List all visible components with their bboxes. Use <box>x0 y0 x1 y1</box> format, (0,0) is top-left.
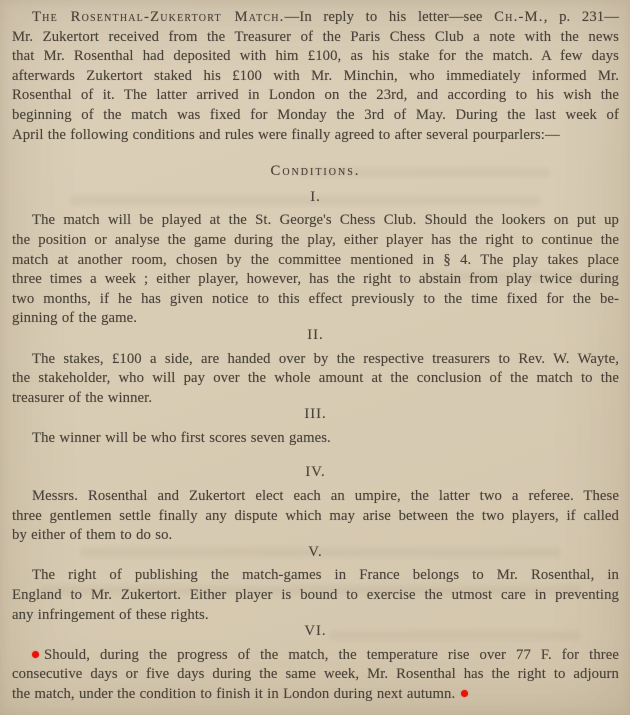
clause-1-paragraph: The match will be played at the St. Geor… <box>12 211 619 329</box>
text-line: Messrs. Rosenthal and Zukertort elect ea… <box>12 487 619 507</box>
red-dot-marker <box>461 690 468 697</box>
intro-paragraph: The Rosenthal-Zukertort Match.—In reply … <box>12 8 619 145</box>
text-line: Should, during the progress of the match… <box>12 646 619 666</box>
text-line: The winner will be who first scores seve… <box>12 429 619 449</box>
scanned-book-page: The Rosenthal-Zukertort Match.—In reply … <box>0 0 630 715</box>
text-run: the match, under the condition to finish… <box>12 686 455 702</box>
section-numeral: III. <box>12 405 619 425</box>
clause-3-paragraph: The winner will be who first scores seve… <box>12 429 619 449</box>
section-numeral: I. <box>12 188 619 208</box>
text-line: The match will be played at the St. Geor… <box>12 211 619 231</box>
text-line: afterwards Zukertort staked his £100 wit… <box>12 67 619 87</box>
text-line: England to Mr. Zukertort. Either player … <box>12 586 619 606</box>
text-line: beginning of the match was fixed for Mon… <box>12 106 619 126</box>
page-text: The Rosenthal-Zukertort Match.—In reply … <box>0 0 630 705</box>
text-line: two months, if he has given notice to th… <box>12 290 619 310</box>
small-caps-text: Ch.-M. <box>494 9 544 25</box>
text-line: the position or analyse the game during … <box>12 231 619 251</box>
text-line: Rosenthal of it. The latter arrived in L… <box>12 86 619 106</box>
text-line: The Rosenthal-Zukertort Match.—In reply … <box>12 8 619 28</box>
section-numeral: VI. <box>12 622 619 642</box>
text-run: , p. 231— <box>544 9 619 25</box>
text-line: three gentlemen settle finally any dispu… <box>12 507 619 527</box>
text-line: three times a week ; either player, howe… <box>12 270 619 290</box>
text-line: consecutive days or five days during the… <box>12 665 619 685</box>
text-line: match at another room, chosen by the com… <box>12 251 619 271</box>
small-caps-text: The Rosenthal-Zukertort Match. <box>32 9 285 25</box>
text-line: Mr. Zukertort received from the Treasure… <box>12 28 619 48</box>
clause-2-paragraph: The stakes, £100 a side, are handed over… <box>12 350 619 409</box>
text-run: Should, during the progress of the match… <box>44 647 619 663</box>
red-dot-marker <box>32 651 39 658</box>
clause-5-paragraph: The right of publishing the match-games … <box>12 566 619 625</box>
clause-6-paragraph: Should, during the progress of the match… <box>12 646 619 705</box>
text-line: The right of publishing the match-games … <box>12 566 619 586</box>
text-run: —In reply to his letter—see <box>285 9 495 25</box>
clause-4-paragraph: Messrs. Rosenthal and Zukertort elect ea… <box>12 487 619 546</box>
text-line: the stakeholder, who will pay over the w… <box>12 369 619 389</box>
text-line: April the following conditions and rules… <box>12 126 619 146</box>
section-numeral: IV. <box>12 463 619 483</box>
text-line: the match, under the condition to finish… <box>12 685 619 705</box>
text-line: that Mr. Rosenthal had deposited with hi… <box>12 47 619 67</box>
text-line: The stakes, £100 a side, are handed over… <box>12 350 619 370</box>
conditions-heading: Conditions. <box>12 162 619 182</box>
